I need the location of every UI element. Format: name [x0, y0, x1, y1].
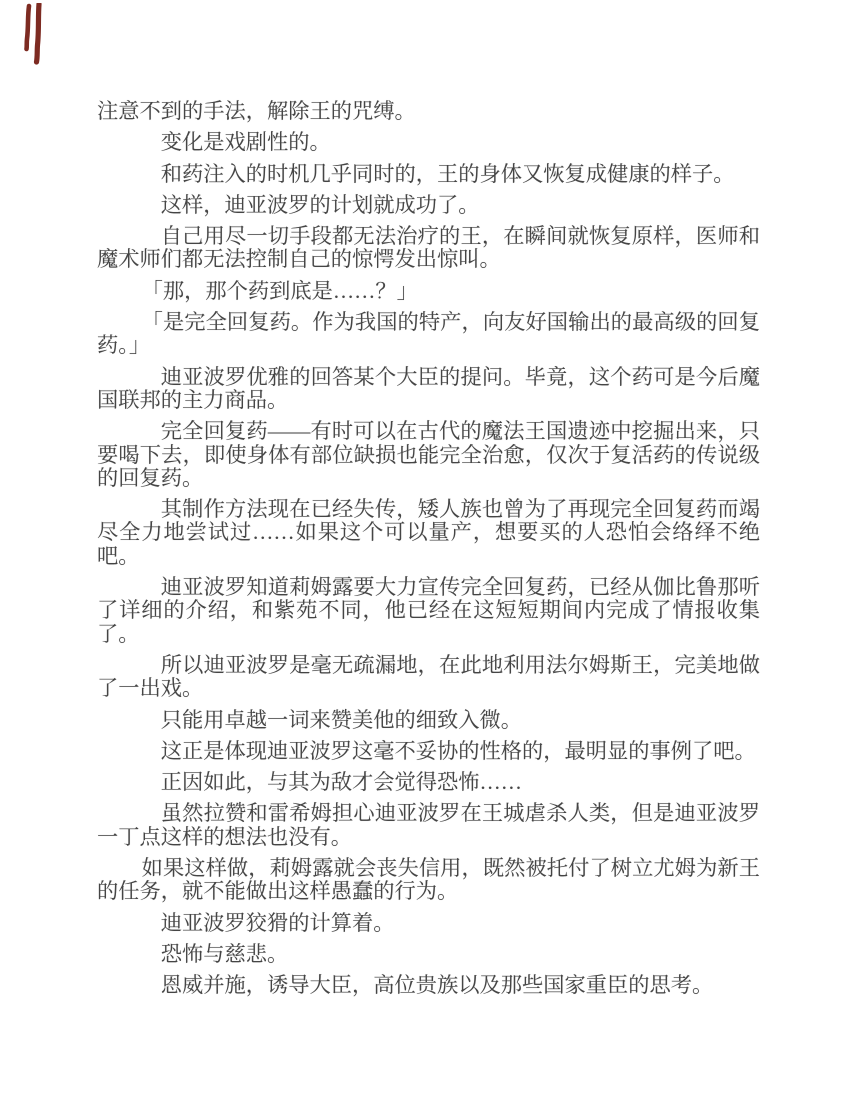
paragraph: 其制作方法现在已经失传，矮人族也曾为了再现完全回复药而竭尽全力地尝试过……如果这…: [97, 498, 760, 568]
paragraph: 变化是戏剧性的。: [97, 131, 760, 154]
paragraph: 「那，那个药到底是……？」: [97, 280, 760, 303]
paragraph: 自己用尽一切手段都无法治疗的王，在瞬间就恢复原样，医师和魔术师们都无法控制自己的…: [97, 225, 760, 272]
paragraph: 这样，迪亚波罗的计划就成功了。: [97, 194, 760, 217]
paragraph: 迪亚波罗优雅的回答某个大臣的提问。毕竟，这个药可是今后魔国联邦的主力商品。: [97, 366, 760, 413]
paragraph: 只能用卓越一词来赞美他的细致入微。: [97, 709, 760, 732]
paragraph: 迪亚波罗知道莉姆露要大力宣传完全回复药，已经从伽比鲁那听了详细的介绍，和紫苑不同…: [97, 576, 760, 646]
paragraph: 这正是体现迪亚波罗这毫不妥协的性格的，最明显的事例了吧。: [97, 740, 760, 763]
scanned-page: 注意不到的手法，解除王的咒缚。变化是戏剧性的。和药注入的时机几乎同时的，王的身体…: [0, 0, 850, 1100]
paragraph: 注意不到的手法，解除王的咒缚。: [97, 100, 760, 123]
paragraph: 正因如此，与其为敌才会觉得恐怖……: [97, 771, 760, 794]
paragraph: 「是完全回复药。作为我国的特产，向友好国输出的最高级的回复药。」: [97, 311, 760, 358]
paragraph: 恐怖与慈悲。: [97, 943, 760, 966]
paragraph: 完全回复药——有时可以在古代的魔法王国遗迹中挖掘出来，只要喝下去，即使身体有部位…: [97, 420, 760, 490]
paragraph: 恩威并施，诱导大臣，高位贵族以及那些国家重臣的思考。: [97, 974, 760, 997]
paragraph: 迪亚波罗狡猾的计算着。: [97, 912, 760, 935]
paragraph: 虽然拉赞和雷希姆担心迪亚波罗在王城虐杀人类，但是迪亚波罗一丁点这样的想法也没有。: [97, 802, 760, 849]
red-ink-mark: [23, 3, 45, 65]
paragraph: 所以迪亚波罗是毫无疏漏地，在此地利用法尔姆斯王，完美地做了一出戏。: [97, 654, 760, 701]
paragraph: 和药注入的时机几乎同时的，王的身体又恢复成健康的样子。: [97, 163, 760, 186]
paragraph: 如果这样做，莉姆露就会丧失信用，既然被托付了树立尤姆为新王的任务，就不能做出这样…: [97, 857, 760, 904]
text-block: 注意不到的手法，解除王的咒缚。变化是戏剧性的。和药注入的时机几乎同时的，王的身体…: [97, 100, 760, 998]
